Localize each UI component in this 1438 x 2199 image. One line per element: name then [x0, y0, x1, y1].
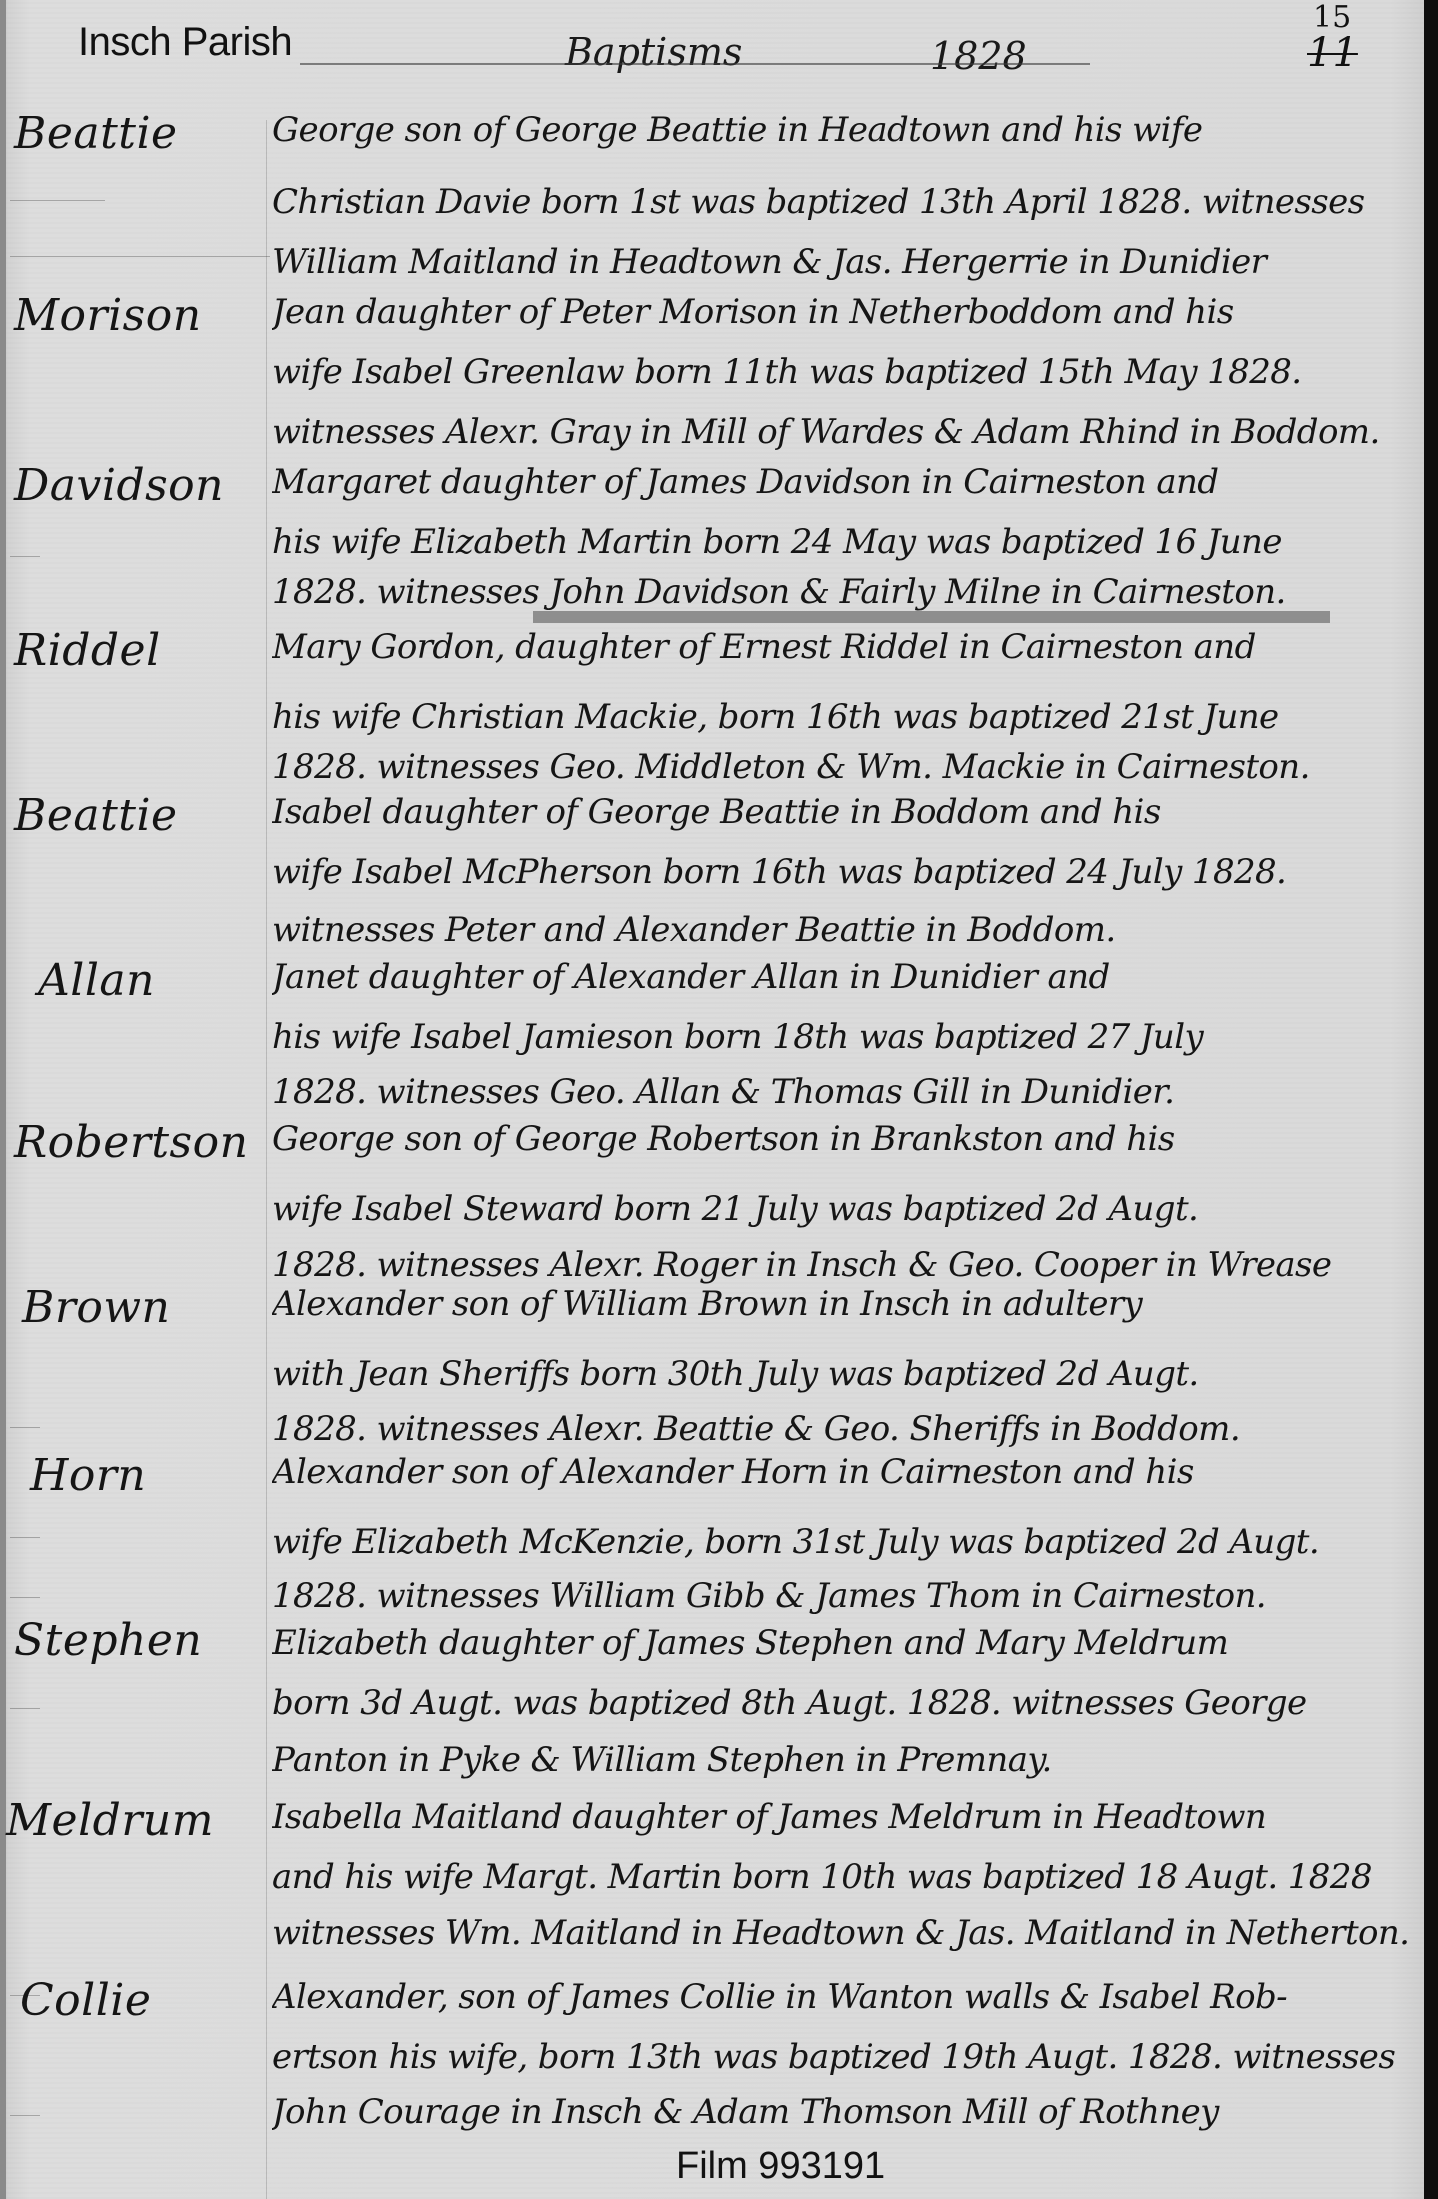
entry-surname: Robertson: [14, 1117, 248, 1168]
register-title: Baptisms: [565, 30, 742, 74]
entry-line: his wife Elizabeth Martin born 24 May wa…: [272, 522, 1422, 562]
entry-line: ertson his wife, born 13th was baptized …: [272, 2037, 1422, 2077]
entry-surname: Stephen: [14, 1615, 202, 1666]
entry-line: witnesses Peter and Alexander Beattie in…: [272, 910, 1422, 950]
ledger-rule: [10, 1427, 40, 1428]
entry-surname: Brown: [22, 1282, 170, 1333]
entry-surname: Morison: [14, 290, 202, 341]
entry-line: wife Elizabeth McKenzie, born 31st July …: [272, 1522, 1422, 1562]
entry-line: Isabella Maitland daughter of James Meld…: [272, 1797, 1422, 1837]
entry-surname: Meldrum: [6, 1795, 214, 1846]
entry-surname: Beattie: [14, 108, 178, 159]
entry-line: wife Isabel McPherson born 16th was bapt…: [272, 852, 1422, 892]
entry-line: wife Isabel Steward born 21 July was bap…: [272, 1189, 1422, 1229]
ledger-rule: [10, 556, 40, 557]
margin-rule: [266, 120, 267, 2199]
parish-label: Insch Parish: [78, 20, 292, 65]
entry-line: and his wife Margt. Martin born 10th was…: [272, 1857, 1422, 1897]
header-underline: [300, 63, 1090, 65]
entry-surname: Allan: [38, 955, 155, 1006]
entry-line: Mary Gordon, daughter of Ernest Riddel i…: [272, 627, 1422, 667]
entry-line: with Jean Sheriffs born 30th July was ba…: [272, 1354, 1422, 1394]
entry-line: his wife Christian Mackie, born 16th was…: [272, 697, 1422, 737]
entry-line: born 3d Augt. was baptized 8th Augt. 182…: [272, 1683, 1422, 1723]
entry-surname: Riddel: [14, 625, 161, 676]
entry-line: Alexander son of Alexander Horn in Cairn…: [272, 1452, 1422, 1492]
entry-surname: Beattie: [14, 790, 178, 841]
entry-line: Panton in Pyke & William Stephen in Prem…: [272, 1740, 1422, 1780]
entry-line: wife Isabel Greenlaw born 11th was bapti…: [272, 352, 1422, 392]
entry-line: Janet daughter of Alexander Allan in Dun…: [272, 957, 1422, 997]
entry-line: witnesses Wm. Maitland in Headtown & Jas…: [272, 1913, 1422, 1953]
entry-line: John Courage in Insch & Adam Thomson Mil…: [272, 2092, 1422, 2132]
highlight-underline: [533, 611, 1330, 623]
register-year: 1828: [930, 34, 1027, 78]
entry-line: Christian Davie born 1st was baptized 13…: [272, 182, 1422, 222]
ledger-rule: [10, 200, 105, 201]
ledger-rule: [10, 1597, 40, 1598]
entry-line: 1828. witnesses Geo. Allan & Thomas Gill…: [272, 1072, 1422, 1112]
entry-line: George son of George Beattie in Headtown…: [272, 110, 1422, 150]
entry-line: George son of George Robertson in Branks…: [272, 1119, 1422, 1159]
entry-line: William Maitland in Headtown & Jas. Herg…: [272, 242, 1422, 282]
entry-line: 1828. witnesses Geo. Middleton & Wm. Mac…: [272, 747, 1422, 787]
entry-line: Margaret daughter of James Davidson in C…: [272, 462, 1422, 502]
ledger-rule: [10, 1708, 40, 1709]
entry-line: Alexander, son of James Collie in Wanton…: [272, 1977, 1422, 2017]
entry-line: 1828. witnesses Alexr. Roger in Insch & …: [272, 1245, 1422, 1285]
entry-line: Elizabeth daughter of James Stephen and …: [272, 1623, 1422, 1663]
scan-border-right: [1424, 0, 1438, 2199]
entry-surname: Davidson: [14, 460, 224, 511]
ledger-rule: [10, 1537, 40, 1538]
entry-line: 1828. witnesses John Davidson & Fairly M…: [272, 572, 1422, 612]
entry-line: Isabel daughter of George Beattie in Bod…: [272, 792, 1422, 832]
entry-line: 1828. witnesses Alexr. Beattie & Geo. Sh…: [272, 1409, 1422, 1449]
entry-line: witnesses Alexr. Gray in Mill of Wardes …: [272, 412, 1422, 452]
entry-line: Alexander son of William Brown in Insch …: [272, 1284, 1422, 1324]
entry-line: Jean daughter of Peter Morison in Nether…: [272, 292, 1422, 332]
page-number-struck: 11: [1307, 30, 1358, 76]
ledger-rule: [10, 2115, 40, 2116]
page-left-edge: [0, 0, 6, 2199]
ledger-rule: [10, 256, 270, 257]
entry-line: 1828. witnesses William Gibb & James Tho…: [272, 1576, 1422, 1616]
entry-surname: Collie: [20, 1975, 151, 2026]
film-number-label: Film 993191: [676, 2145, 885, 2188]
entry-line: his wife Isabel Jamieson born 18th was b…: [272, 1017, 1422, 1057]
entry-surname: Horn: [30, 1450, 146, 1501]
